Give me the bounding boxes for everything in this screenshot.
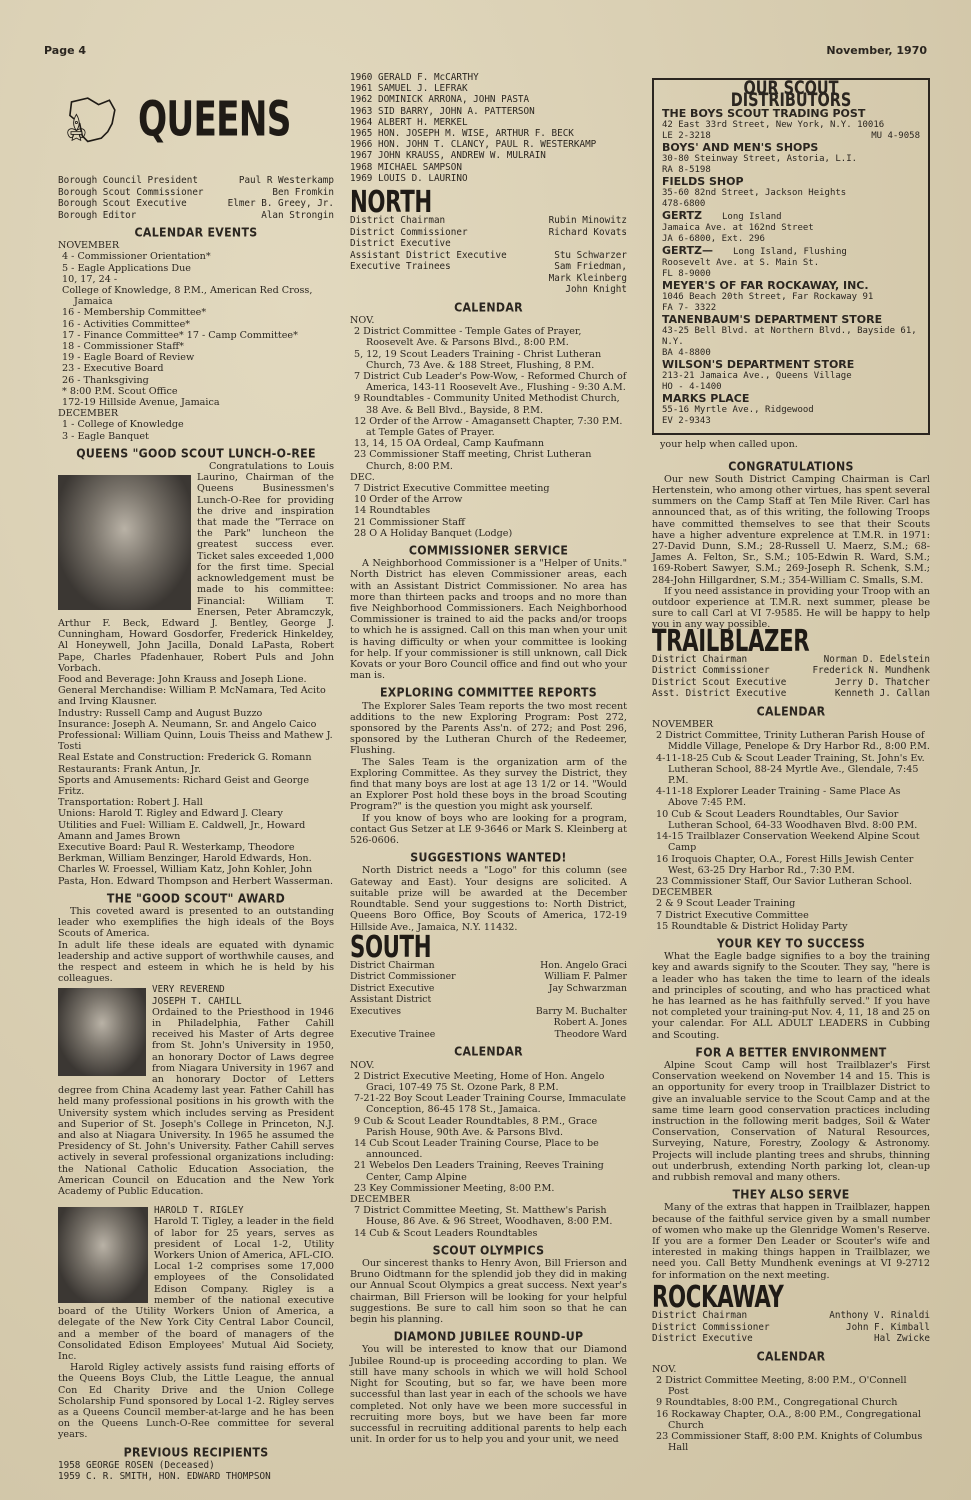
store-phones: EV 2-9343 bbox=[662, 416, 920, 427]
calendar-month: NOV. bbox=[350, 1060, 627, 1071]
north-title: NORTH bbox=[350, 197, 577, 210]
calendar-item: 4-11-18 Explorer Leader Training - Same … bbox=[652, 786, 930, 808]
store-address: Roosevelt Ave. at S. Main St. bbox=[662, 258, 920, 269]
calendar-month: DECEMBER bbox=[350, 1194, 627, 1205]
committee-line: General Merchandise: William P. McNamara… bbox=[58, 685, 334, 707]
distributor-entry: WILSON'S DEPARTMENT STORE213-21 Jamaica … bbox=[662, 359, 920, 393]
store-address: 55-16 Myrtle Ave., Ridgewood bbox=[662, 405, 920, 416]
queens-map-fleur-de-lis-icon bbox=[58, 72, 120, 167]
officer-name: Hon. Angelo Graci bbox=[536, 960, 627, 972]
committee-line: Real Estate and Construction: Frederick … bbox=[58, 752, 334, 763]
store-name: BOYS' AND MEN'S SHOPS bbox=[662, 142, 920, 154]
officer-role: Borough Editor bbox=[58, 210, 228, 222]
calendar-item: 2 District Committee - Temple Gates of P… bbox=[350, 326, 627, 348]
rockaway-calendar: NOV.2 District Committee Meeting, 8:00 P… bbox=[652, 1364, 930, 1454]
officer-name: Rubin Minowitz bbox=[549, 215, 627, 227]
officer-role: Borough Scout Commissioner bbox=[58, 187, 228, 199]
distributor-entry: GERTZ—Long Island, FlushingRoosevelt Ave… bbox=[662, 245, 920, 280]
page-header: Page 4 November, 1970 bbox=[44, 44, 927, 57]
award-intro: This coveted award is presented to an ou… bbox=[58, 906, 334, 940]
store-phone: EV 2-9343 bbox=[662, 416, 711, 427]
committee-line: Professional: William Quinn, Louis Theis… bbox=[58, 730, 334, 752]
store-name: MEYER'S OF FAR ROCKAWAY, INC. bbox=[662, 280, 920, 292]
calendar-item: 5, 12, 19 Scout Leaders Training - Chris… bbox=[350, 349, 627, 371]
calendar-item: 23 Commissioner Staff, Our Savior Luther… bbox=[652, 876, 930, 887]
calendar-item: 23 - Executive Board bbox=[58, 363, 334, 374]
queens-calendar: NOVEMBER4 - Commissioner Orientation*5 -… bbox=[58, 240, 334, 442]
north-calendar: NOV.2 District Committee - Temple Gates … bbox=[350, 315, 627, 539]
officer-role: District Executive bbox=[652, 1333, 829, 1345]
column-north-south: 1960 GERALD F. McCARTHY1961 SAMUEL J. LE… bbox=[350, 72, 627, 1445]
trailblazer-calendar-heading: CALENDAR bbox=[652, 705, 930, 717]
previous-recipients-list: 1960 GERALD F. McCARTHY1961 SAMUEL J. LE… bbox=[350, 72, 627, 184]
store-name: TANENBAUM'S DEPARTMENT STORE bbox=[662, 314, 920, 326]
recipient-item: 1961 SAMUEL J. LEFRAK bbox=[350, 83, 627, 94]
calendar-item: 9 Roundtables, 8:00 P.M., Congregational… bbox=[652, 1397, 930, 1408]
calendar-item: 7 District Cub Leader's Pow-Wow, - Refor… bbox=[350, 371, 627, 393]
calendar-item: * 8:00 P.M. Scout Office bbox=[58, 386, 334, 397]
officer-role bbox=[350, 1017, 536, 1029]
award-intro-2: In adult life these ideals are equated w… bbox=[58, 940, 334, 985]
calendar-item: 172-19 Hillside Avenue, Jamaica bbox=[58, 397, 334, 408]
calendar-item: 14-15 Trailblazer Conservation Weekend A… bbox=[652, 831, 930, 853]
exploring-text: The Sales Team is the organization arm o… bbox=[350, 757, 627, 813]
committee-line: Food and Beverage: John Krauss and Josep… bbox=[58, 674, 334, 685]
officer-name: Frederick N. Mundhenk bbox=[812, 665, 930, 677]
officer-name: Theodore Ward bbox=[536, 1029, 627, 1041]
calendar-item: 2 & 9 Scout Leader Training bbox=[652, 898, 930, 909]
officer-name: John Knight bbox=[549, 284, 627, 296]
officer-name: Barry M. Buchalter bbox=[536, 1006, 627, 1018]
calendar-item: 10 Cub & Scout Leaders Roundtables, Our … bbox=[652, 809, 930, 831]
scout-olympics-heading: SCOUT OLYMPICS bbox=[350, 1244, 627, 1256]
store-address: 42 East 33rd Street, New York, N.Y. 1001… bbox=[662, 120, 920, 131]
rigley-bio-2: Harold Rigley actively assists fund rais… bbox=[58, 1362, 334, 1440]
officer-role: Assistant District Executive bbox=[350, 250, 549, 262]
south-calendar-heading: CALENDAR bbox=[350, 1046, 627, 1058]
they-also-serve-heading: THEY ALSO SERVE bbox=[652, 1189, 930, 1201]
store-address: 1046 Beach 20th Street, Far Rockaway 91 bbox=[662, 292, 920, 303]
store-name: GERTZLong Island bbox=[662, 210, 920, 223]
committee-list: Food and Beverage: John Krauss and Josep… bbox=[58, 674, 334, 887]
officer-name: Sam Friedman, bbox=[549, 261, 627, 273]
calendar-item: 10, 17, 24 - bbox=[58, 274, 334, 285]
calendar-item: 18 - Commissioner Staff* bbox=[58, 341, 334, 352]
congratulations-heading: CONGRATULATIONS bbox=[652, 460, 930, 472]
calendar-item: 4 - Commissioner Orientation* bbox=[58, 251, 334, 262]
calendar-month: NOV. bbox=[350, 315, 627, 326]
column-queens: QUEENS Borough Council PresidentPaul R W… bbox=[58, 72, 334, 1482]
calendar-item: 4-11-18-25 Cub & Scout Leader Training, … bbox=[652, 753, 930, 787]
committee-line: Sports and Amusements: Richard Geist and… bbox=[58, 775, 334, 797]
distributor-entry: THE BOYS SCOUT TRADING POST42 East 33rd … bbox=[662, 108, 920, 142]
calendar-item: 16 - Membership Committee* bbox=[58, 307, 334, 318]
calendar-item: 23 Commissioner Staff meeting, Christ Lu… bbox=[350, 449, 627, 471]
suggestions-text: North District needs a "Logo" for this c… bbox=[350, 865, 627, 932]
jubilee-continued: your help when called upon. bbox=[652, 439, 930, 450]
recipient-item: 1968 MICHAEL SAMPSON bbox=[350, 162, 627, 173]
officer-name: Kenneth J. Callan bbox=[812, 688, 930, 700]
distributor-entry: FIELDS SHOP35-60 82nd Street, Jackson He… bbox=[662, 176, 920, 210]
officer-name: John F. Kimball bbox=[829, 1322, 930, 1334]
calendar-item: 9 Roundtables - Community United Methodi… bbox=[350, 393, 627, 415]
calendar-item: 12 Order of the Arrow - Amagansett Chapt… bbox=[350, 416, 627, 438]
recipient-item: 1959 C. R. SMITH, HON. EDWARD THOMPSON bbox=[58, 1471, 334, 1482]
scout-olympics-text: Our sincerest thanks to Henry Avon, Bill… bbox=[350, 1258, 627, 1325]
calendar-month: NOVEMBER bbox=[652, 719, 930, 730]
officer-name: William F. Palmer bbox=[536, 971, 627, 983]
laurino-photo bbox=[58, 475, 191, 610]
exploring-text: The Explorer Sales Team reports the two … bbox=[350, 701, 627, 757]
calendar-month: NOV. bbox=[652, 1364, 930, 1375]
trailblazer-officers: District ChairmanNorman D. EdelsteinDist… bbox=[652, 654, 930, 700]
cahill-photo bbox=[58, 988, 146, 1076]
key-to-success-text: What the Eagle badge signifies to a boy … bbox=[652, 951, 930, 1041]
queens-title: QUEENS bbox=[138, 113, 291, 125]
store-address: 43-25 Bell Blvd. at Northern Blvd., Bays… bbox=[662, 326, 920, 348]
jubilee-text: You will be interested to know that our … bbox=[350, 1344, 627, 1445]
officer-name: Jay Schwarzman bbox=[536, 983, 627, 995]
south-calendar: NOV.2 District Executive Meeting, Home o… bbox=[350, 1060, 627, 1239]
jubilee-heading: DIAMOND JUBILEE ROUND-UP bbox=[350, 1331, 627, 1343]
store-phone-2: MU 4-9058 bbox=[871, 131, 920, 142]
north-officers: District ChairmanRubin MinowitzDistrict … bbox=[350, 215, 627, 296]
officer-role: District Scout Executive bbox=[652, 677, 812, 689]
better-environment-heading: FOR A BETTER ENVIRONMENT bbox=[652, 1046, 930, 1058]
officer-role: Asst. District Executive bbox=[652, 688, 812, 700]
calendar-item: 7-21-22 Boy Scout Leader Training Course… bbox=[350, 1093, 627, 1115]
distributor-entry: TANENBAUM'S DEPARTMENT STORE43-25 Bell B… bbox=[662, 314, 920, 359]
calendar-item: 14 Roundtables bbox=[350, 505, 627, 516]
recipient-item: 1958 GEORGE ROSEN (Deceased) bbox=[58, 1460, 334, 1471]
committee-line: Restaurants: Frank Antun, Jr. bbox=[58, 764, 334, 775]
calendar-item: 5 - Eagle Applications Due bbox=[58, 263, 334, 274]
officer-role: District Commissioner bbox=[350, 971, 536, 983]
good-scout-award-heading: THE "GOOD SCOUT" AWARD bbox=[58, 892, 334, 904]
recipient-item: 1967 JOHN KRAUSS, ANDREW W. MULRAIN bbox=[350, 150, 627, 161]
calendar-item: 15 Roundtable & District Holiday Party bbox=[652, 921, 930, 932]
better-environment-text: Alpine Scout Camp will host Trailblazer'… bbox=[652, 1060, 930, 1183]
recipient-item: 1963 SID BARRY, JOHN A. PATTERSON bbox=[350, 106, 627, 117]
committee-line: Industry: Russell Camp and August Buzzo bbox=[58, 708, 334, 719]
distributor-entry: MARKS PLACE55-16 Myrtle Ave., RidgewoodE… bbox=[662, 393, 920, 427]
calendar-item: College of Knowledge, 8 P.M., American R… bbox=[58, 285, 334, 307]
exploring-text: If you know of boys who are looking for … bbox=[350, 813, 627, 847]
calendar-item: 21 Commissioner Staff bbox=[350, 517, 627, 528]
distributors-box: OUR SCOUT DISTRIBUTORS THE BOYS SCOUT TR… bbox=[652, 78, 930, 435]
queens-masthead: QUEENS bbox=[58, 72, 334, 167]
officer-role: District Executive bbox=[350, 983, 536, 995]
officer-role: Assistant District bbox=[350, 994, 536, 1006]
key-to-success-heading: YOUR KEY TO SUCCESS bbox=[652, 937, 930, 949]
distributor-entry: MEYER'S OF FAR ROCKAWAY, INC.1046 Beach … bbox=[662, 280, 920, 314]
distributors-list: THE BOYS SCOUT TRADING POST42 East 33rd … bbox=[662, 108, 920, 427]
calendar-item: 1 - College of Knowledge bbox=[58, 419, 334, 430]
officer-name: Hal Zwicke bbox=[829, 1333, 930, 1345]
store-name: FIELDS SHOP bbox=[662, 176, 920, 188]
south-officers: District ChairmanHon. Angelo GraciDistri… bbox=[350, 960, 627, 1041]
recipient-item: 1969 LOUIS D. LAURINO bbox=[350, 173, 627, 184]
officer-role: Borough Council President bbox=[58, 175, 228, 187]
distributors-title: OUR SCOUT DISTRIBUTORS bbox=[681, 83, 900, 108]
recipient-item: 1966 HON. JOHN T. CLANCY, PAUL R. WESTER… bbox=[350, 139, 627, 150]
officer-role: District Commissioner bbox=[652, 1322, 829, 1334]
calendar-item: 3 - Eagle Banquet bbox=[58, 431, 334, 442]
calendar-item: 14 Cub Scout Leader Training Course, Pla… bbox=[350, 1138, 627, 1160]
rockaway-title: ROCKAWAY bbox=[652, 1292, 880, 1305]
exploring-heading: EXPLORING COMMITTEE REPORTS bbox=[350, 687, 627, 699]
officer-role: Borough Scout Executive bbox=[58, 198, 228, 210]
officer-name: Ben Fromkin bbox=[228, 187, 334, 199]
store-address: 35-60 82nd Street, Jackson Heights bbox=[662, 188, 920, 199]
committee-line: Utilities and Fuel: William E. Caldwell,… bbox=[58, 820, 334, 842]
calendar-month: DECEMBER bbox=[58, 408, 334, 419]
officer-role: Executive Trainees bbox=[350, 261, 549, 273]
calendar-item: 7 District Committee Meeting, St. Matthe… bbox=[350, 1205, 627, 1227]
officer-name: Richard Kovats bbox=[549, 227, 627, 239]
store-name: WILSON'S DEPARTMENT STORE bbox=[662, 359, 920, 371]
commissioner-service-heading: COMMISSIONER SERVICE bbox=[350, 544, 627, 556]
recipient-item: 1960 GERALD F. McCARTHY bbox=[350, 72, 627, 83]
suggestions-heading: SUGGESTIONS WANTED! bbox=[350, 852, 627, 864]
officer-name: Jerry D. Thatcher bbox=[812, 677, 930, 689]
calendar-item: 28 O A Holiday Banquet (Lodge) bbox=[350, 528, 627, 539]
they-also-serve-text: Many of the extras that happen in Trailb… bbox=[652, 1202, 930, 1280]
calendar-item: 16 Rockaway Chapter, O.A., 8:00 P.M., Co… bbox=[652, 1409, 930, 1431]
calendar-month: DEC. bbox=[350, 472, 627, 483]
calendar-item: 17 - Finance Committee* 17 - Camp Commit… bbox=[58, 330, 334, 341]
officer-name: Alan Strongin bbox=[228, 210, 334, 222]
calendar-month: DECEMBER bbox=[652, 887, 930, 898]
officer-name: Stu Schwarzer bbox=[549, 250, 627, 262]
officer-name: Paul R Westerkamp bbox=[228, 175, 334, 187]
calendar-item: 7 District Executive Committee bbox=[652, 910, 930, 921]
calendar-item: 2 District Executive Meeting, Home of Ho… bbox=[350, 1071, 627, 1093]
committee-line: Transportation: Robert J. Hall bbox=[58, 797, 334, 808]
congratulations-text: Our new South District Camping Chairman … bbox=[652, 474, 930, 586]
recipient-item: 1964 ALBERT H. MERKEL bbox=[350, 117, 627, 128]
calendar-item: 21 Webelos Den Leaders Training, Reeves … bbox=[350, 1160, 627, 1182]
rigley-photo bbox=[58, 1207, 148, 1303]
officer-name: Norman D. Edelstein bbox=[812, 654, 930, 666]
store-location: Long Island, Flushing bbox=[733, 247, 847, 257]
north-calendar-heading: CALENDAR bbox=[350, 301, 627, 313]
officer-role bbox=[350, 284, 549, 296]
officer-role: Executives bbox=[350, 1006, 536, 1018]
officer-role bbox=[350, 273, 549, 285]
queens-officers: Borough Council PresidentPaul R Westerka… bbox=[58, 175, 334, 221]
trailblazer-title: TRAILBLAZER bbox=[652, 636, 880, 649]
issue-date: November, 1970 bbox=[826, 44, 927, 57]
calendar-item: 2 District Committee, Trinity Lutheran P… bbox=[652, 730, 930, 752]
lunch-o-ree-heading: QUEENS "GOOD SCOUT LUNCH-O-REE bbox=[58, 447, 334, 459]
officer-name: Elmer B. Greey, Jr. bbox=[228, 198, 334, 210]
calendar-item: 23 Key Commissioner Meeting, 8:00 P.M. bbox=[350, 1183, 627, 1194]
committee-line: Unions: Harold T. Rigley and Edward J. C… bbox=[58, 808, 334, 819]
officer-role: District Executive bbox=[350, 238, 549, 250]
south-title: SOUTH bbox=[350, 942, 577, 955]
recipient-item: 1965 HON. JOSEPH M. WISE, ARTHUR F. BECK bbox=[350, 128, 627, 139]
rockaway-calendar-heading: CALENDAR bbox=[652, 1350, 930, 1362]
recipient-item: 1962 DOMINICK ARRONA, JOHN PASTA bbox=[350, 94, 627, 105]
officer-name bbox=[549, 238, 627, 250]
committee-line: Insurance: Joseph A. Neumann, Sr. and An… bbox=[58, 719, 334, 730]
calendar-item: 26 - Thanksgiving bbox=[58, 375, 334, 386]
officer-name: Mark Kleinberg bbox=[549, 273, 627, 285]
calendar-item: 2 District Committee Meeting, 8:00 P.M.,… bbox=[652, 1375, 930, 1397]
calendar-item: 13, 14, 15 OA Ordeal, Camp Kaufmann bbox=[350, 438, 627, 449]
store-location: Long Island bbox=[722, 212, 782, 222]
calendar-item: 9 Cub & Scout Leader Roundtables, 8 P.M.… bbox=[350, 1116, 627, 1138]
store-name: GERTZ—Long Island, Flushing bbox=[662, 245, 920, 258]
calendar-item: 16 - Activities Committee* bbox=[58, 319, 334, 330]
calendar-item: 7 District Executive Committee meeting bbox=[350, 483, 627, 494]
officer-name bbox=[536, 994, 627, 1006]
officer-name: Anthony V. Rinaldi bbox=[829, 1310, 930, 1322]
officer-role: Executive Trainee bbox=[350, 1029, 536, 1041]
rockaway-officers: District ChairmanAnthony V. RinaldiDistr… bbox=[652, 1310, 930, 1345]
commissioner-service-text: A Neighborhood Commissioner is a "Helper… bbox=[350, 558, 627, 681]
trailblazer-calendar: NOVEMBER2 District Committee, Trinity Lu… bbox=[652, 719, 930, 932]
store-address: 30-80 Steinway Street, Astoria, L.I. bbox=[662, 154, 920, 165]
page-number: Page 4 bbox=[44, 44, 86, 57]
calendar-item: 14 Cub & Scout Leaders Roundtables bbox=[350, 1228, 627, 1239]
store-address: Jamaica Ave. at 162nd Street bbox=[662, 223, 920, 234]
calendar-item: 16 Iroquois Chapter, O.A., Forest Hills … bbox=[652, 854, 930, 876]
officer-role: District Commissioner bbox=[652, 665, 812, 677]
calendar-item: 19 - Eagle Board of Review bbox=[58, 352, 334, 363]
store-name: MARKS PLACE bbox=[662, 393, 920, 405]
column-distributors-trailblazer: OUR SCOUT DISTRIBUTORS THE BOYS SCOUT TR… bbox=[652, 78, 930, 1453]
distributor-entry: GERTZLong IslandJamaica Ave. at 162nd St… bbox=[662, 210, 920, 245]
committee-line: Executive Board: Paul R. Westerkamp, The… bbox=[58, 842, 334, 887]
distributor-entry: BOYS' AND MEN'S SHOPS30-80 Steinway Stre… bbox=[662, 142, 920, 176]
calendar-month: NOVEMBER bbox=[58, 240, 334, 251]
store-address: 213-21 Jamaica Ave., Queens Village bbox=[662, 371, 920, 382]
officer-name: Robert A. Jones bbox=[536, 1017, 627, 1029]
calendar-item: 23 Commissioner Staff, 8:00 P.M. Knights… bbox=[652, 1431, 930, 1453]
officer-role: District Commissioner bbox=[350, 227, 549, 239]
previous-recipients-heading: PREVIOUS RECIPIENTS bbox=[58, 1446, 334, 1458]
calendar-item: 10 Order of the Arrow bbox=[350, 494, 627, 505]
calendar-events-heading: CALENDAR EVENTS bbox=[58, 226, 334, 238]
